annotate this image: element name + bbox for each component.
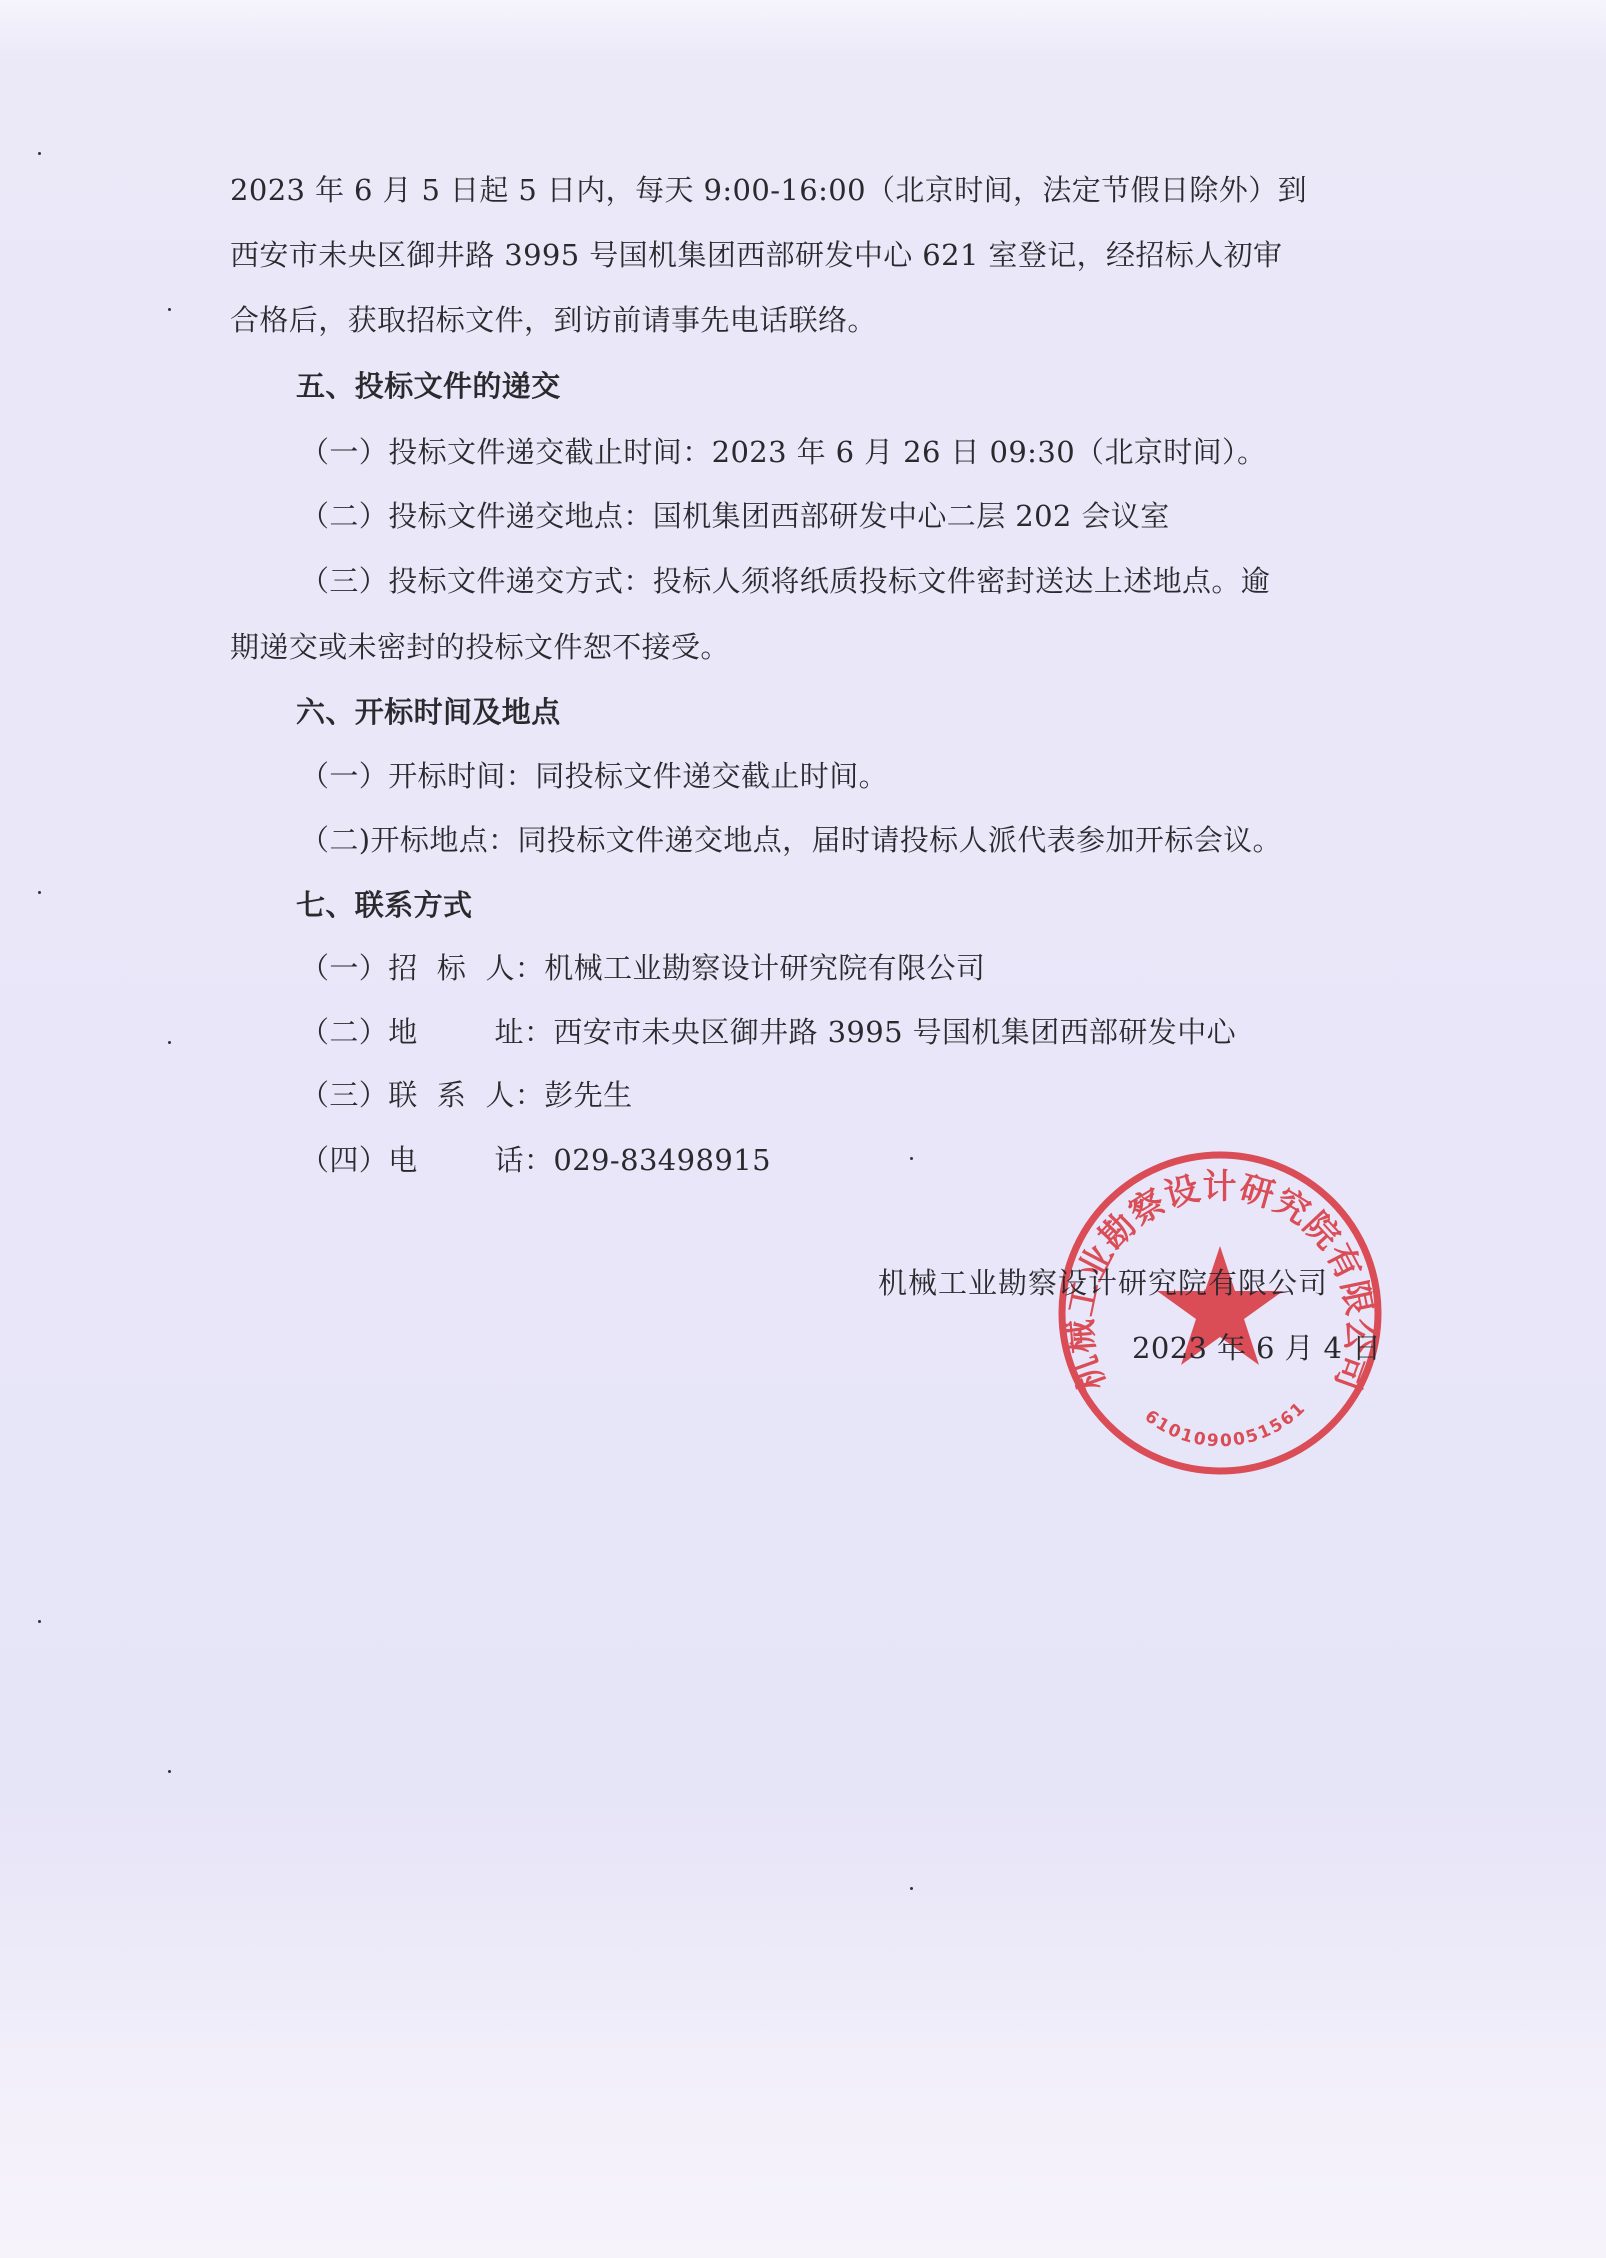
section-5-title: 五、投标文件的递交 [296, 366, 561, 406]
section-5-item-3-continuation: 期递交或未密封的投标文件恕不接受。 [230, 627, 730, 667]
contact-value: 029-83498915 [553, 1143, 771, 1177]
contact-value: 彭先生 [544, 1078, 632, 1112]
contact-label: （三）联 系 人： [300, 1075, 544, 1115]
section-6-title: 六、开标时间及地点 [296, 692, 561, 732]
scan-speck [168, 308, 171, 311]
contact-value: 机械工业勘察设计研究院有限公司 [544, 951, 985, 985]
official-seal-icon: 机械工业勘察设计研究院有限公司 6101090051561 [1055, 1148, 1385, 1478]
contact-row-bidder: （一）招 标 人：机械工业勘察设计研究院有限公司 [300, 948, 985, 988]
section-6-item-1: （一）开标时间：同投标文件递交截止时间。 [300, 756, 888, 796]
intro-line-3: 合格后，获取招标文件，到访前请事先电话联络。 [230, 300, 877, 340]
scan-speck [910, 1887, 913, 1890]
scan-speck [38, 1620, 41, 1623]
contact-row-person: （三）联 系 人：彭先生 [300, 1075, 632, 1115]
contact-row-address: （二）地 址：西安市未央区御井路 3995 号国机集团西部研发中心 [300, 1012, 1236, 1052]
section-5-item-1: （一）投标文件递交截止时间：2023 年 6 月 26 日 09:30（北京时间… [300, 432, 1266, 472]
scan-speck [168, 1770, 171, 1773]
scan-speck [38, 152, 41, 155]
contact-label: （二）地 址： [300, 1012, 553, 1052]
document-page: 2023 年 6 月 5 日起 5 日内，每天 9:00-16:00（北京时间，… [0, 0, 1606, 2258]
section-6-item-2: （二)开标地点：同投标文件递交地点，届时请投标人派代表参加开标会议。 [300, 820, 1282, 860]
scan-speck [168, 1041, 171, 1044]
scan-speck [910, 1157, 913, 1160]
intro-line-1: 2023 年 6 月 5 日起 5 日内，每天 9:00-16:00（北京时间，… [230, 170, 1307, 210]
signature-organization: 机械工业勘察设计研究院有限公司 [878, 1263, 1328, 1303]
contact-value: 西安市未央区御井路 3995 号国机集团西部研发中心 [553, 1015, 1236, 1049]
contact-label: （一）招 标 人： [300, 948, 544, 988]
section-5-item-3: （三）投标文件递交方式：投标人须将纸质投标文件密封送达上述地点。逾 [300, 561, 1270, 601]
svg-text:6101090051561: 6101090051561 [1141, 1398, 1311, 1452]
signature-date: 2023 年 6 月 4 日 [1132, 1328, 1381, 1368]
section-5-item-2: （二）投标文件递交地点：国机集团西部研发中心二层 202 会议室 [300, 496, 1170, 536]
section-7-title: 七、联系方式 [296, 885, 472, 925]
scan-speck [38, 891, 41, 894]
contact-row-phone: （四）电 话：029-83498915 [300, 1140, 771, 1180]
intro-line-2: 西安市未央区御井路 3995 号国机集团西部研发中心 621 室登记，经招标人初… [230, 235, 1282, 275]
contact-label: （四）电 话： [300, 1140, 553, 1180]
